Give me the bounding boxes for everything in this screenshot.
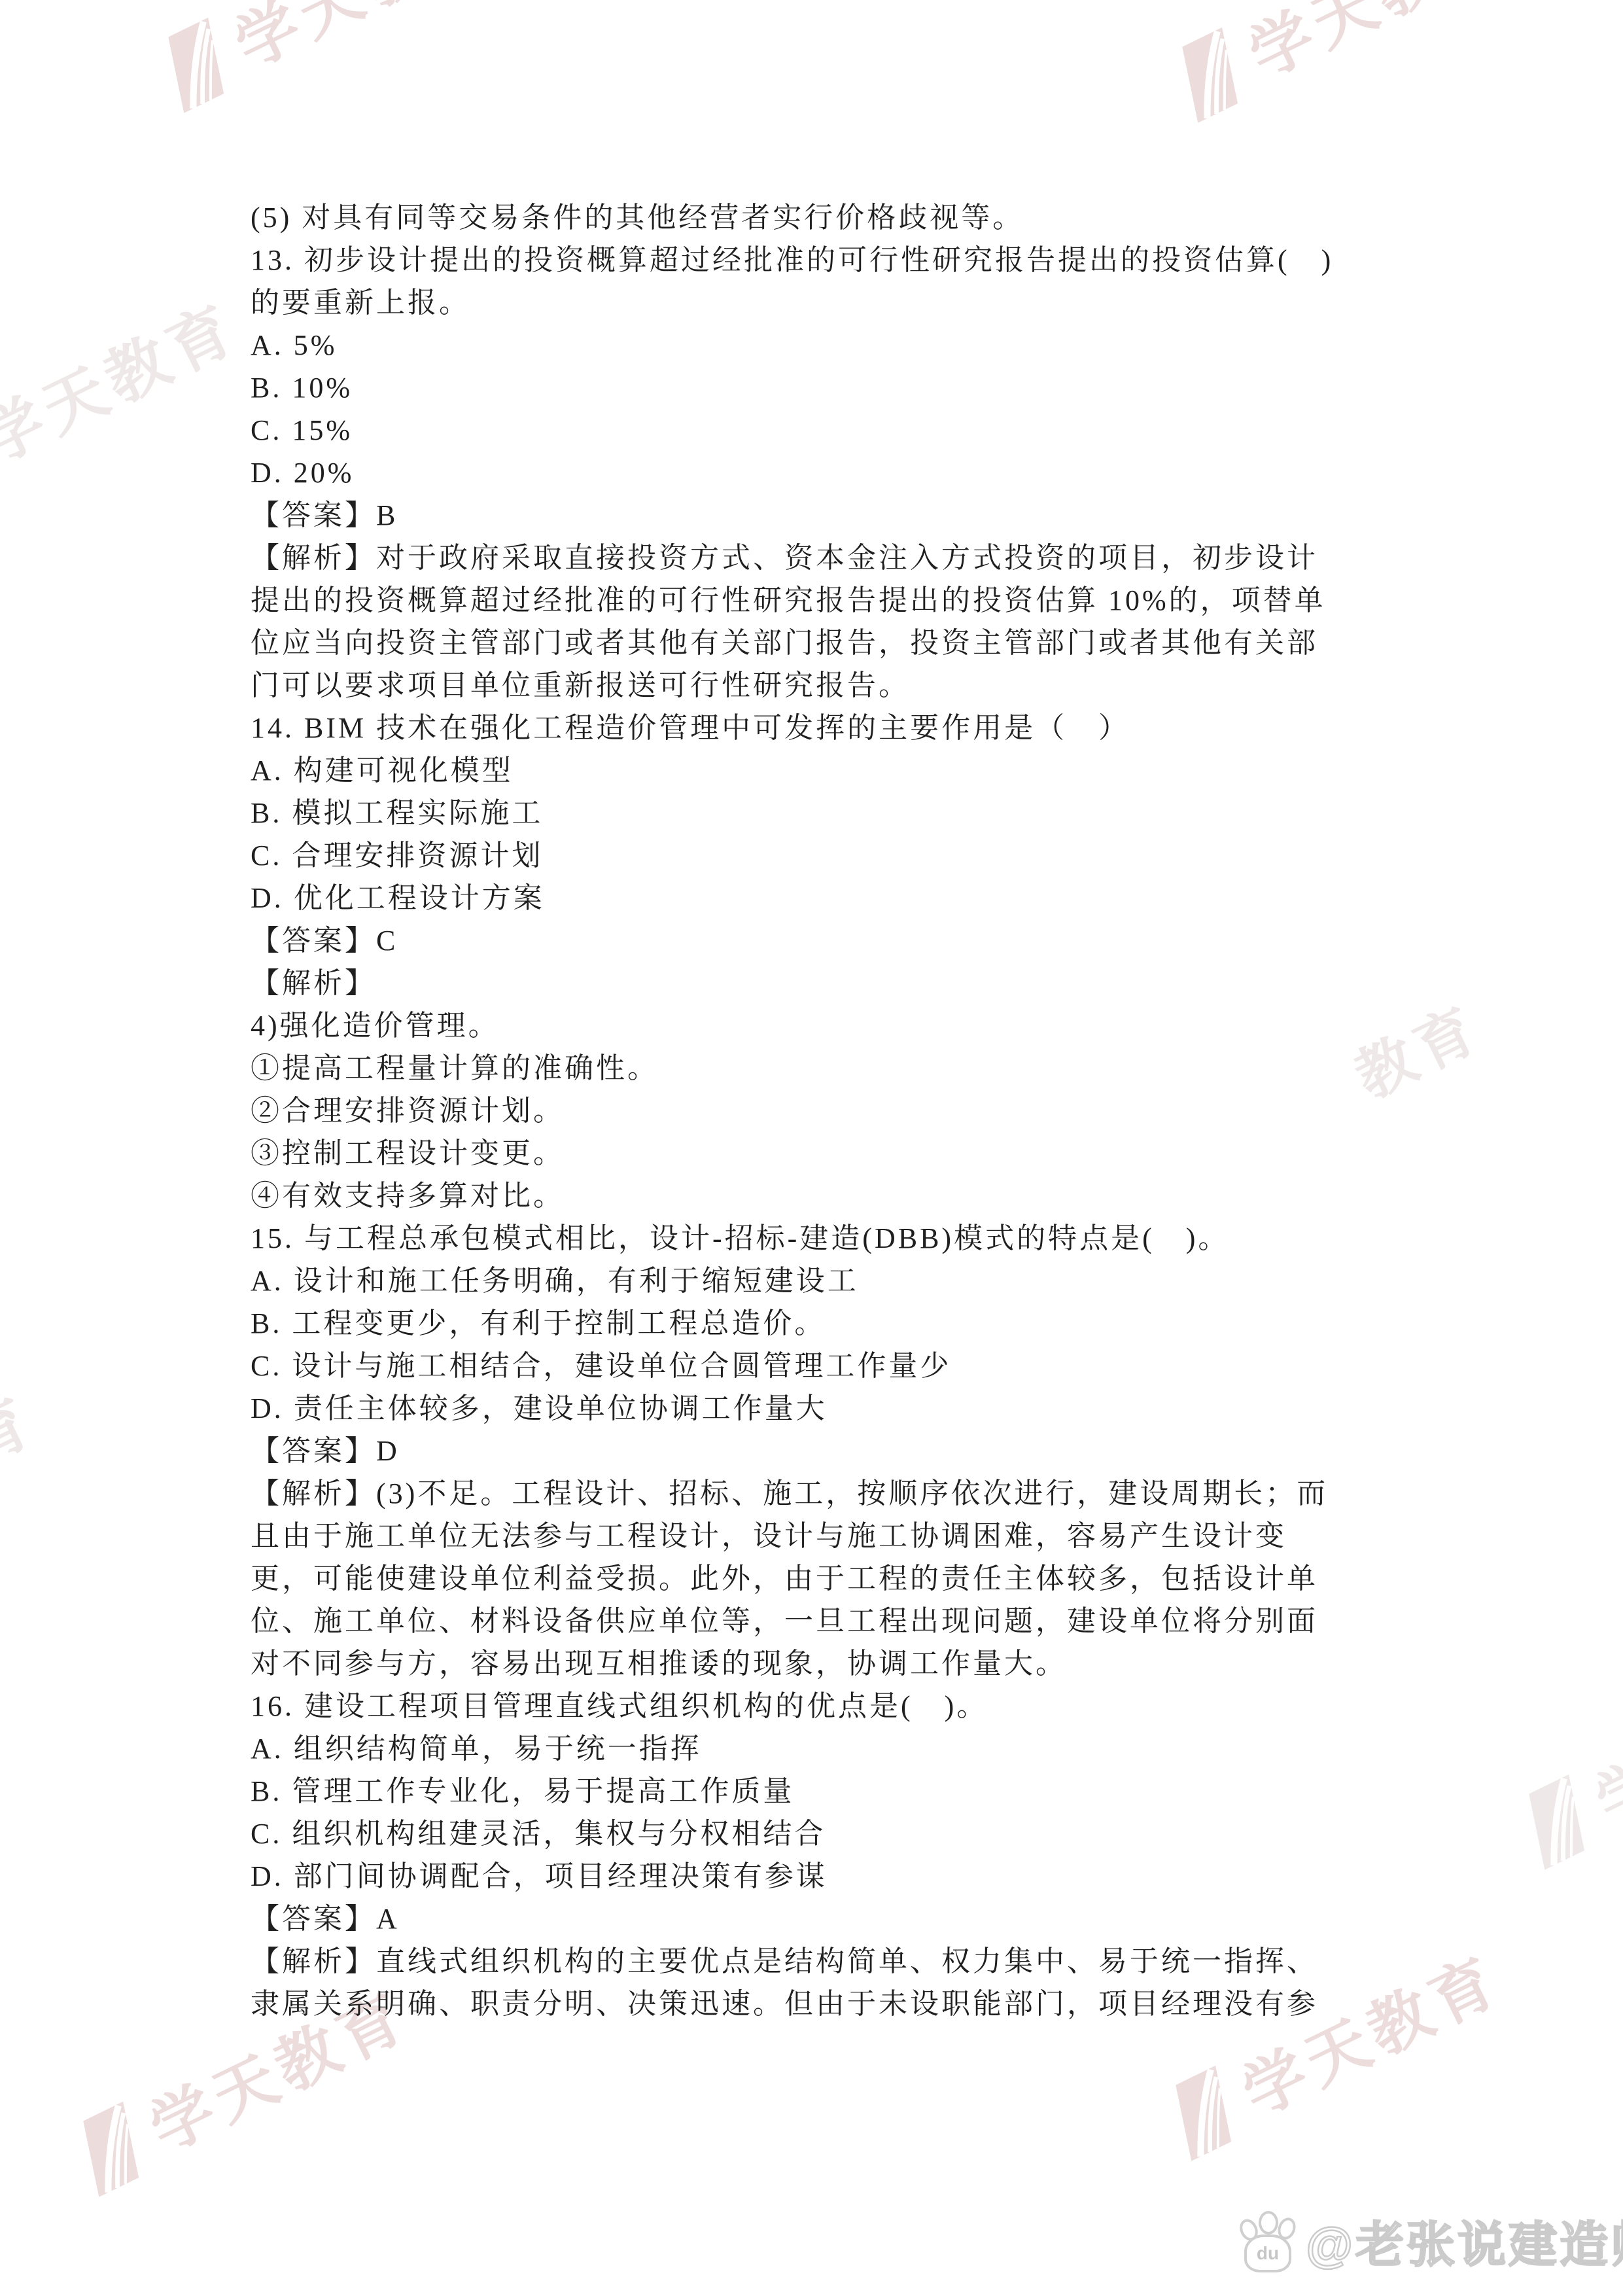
brand-swoosh-icon: [1153, 2061, 1253, 2166]
text-line: 的要重新上报。: [251, 281, 1412, 324]
text-line: 【答案】C: [251, 919, 1412, 962]
text-line: C. 合理安排资源计划: [251, 834, 1412, 877]
paw-label: du: [1257, 2244, 1279, 2263]
text-line: 【解析】对于政府采取直接投资方式、资本金注入方式投资的项目，初步设计: [251, 537, 1412, 579]
text-line: 位、施工单位、材料设备供应单位等，一旦工程出现问题，建设单位将分别面: [251, 1600, 1412, 1642]
text-line: 【答案】A: [251, 1898, 1412, 1940]
brand-swoosh-icon: [1160, 23, 1260, 128]
text-line: A. 构建可视化模型: [251, 749, 1412, 792]
brand-watermark: 学天教育: [1158, 0, 1520, 131]
author-watermark: du @老张说建造师: [1242, 2206, 1623, 2276]
text-line: 14. BIM 技术在强化工程造价管理中可发挥的主要作用是（ ）: [251, 707, 1412, 749]
text-line: 【解析】直线式组织机构的主要优点是结构简单、权力集中、易于统一指挥、: [251, 1940, 1412, 1983]
text-line: ②合理安排资源计划。: [251, 1089, 1412, 1132]
text-line: ③控制工程设计变更。: [251, 1132, 1412, 1174]
text-line: D. 责任主体较多，建设单位协调工作量大: [251, 1387, 1412, 1430]
exam-document-page: 学天教育 学天教育 学天教育 教育 学天教育 学天教育 学天教育: [0, 0, 1623, 2296]
brand-swoosh-icon: [61, 2097, 161, 2202]
text-line: 位应当向投资主管部门或者其他有关部门报告，投资主管部门或者其他有关部: [251, 622, 1412, 664]
brand-watermark-text: 学天教育: [218, 0, 506, 85]
text-line: ④有效支持多算对比。: [251, 1174, 1412, 1217]
text-line: (5) 对具有同等交易条件的其他经营者实行价格歧视等。: [251, 196, 1412, 239]
paw-pad: du: [1244, 2234, 1291, 2272]
text-line: D. 20%: [251, 451, 1412, 494]
text-line: 对不同参与方，容易出现互相推诿的现象，协调工作量大。: [251, 1642, 1412, 1685]
text-line: 4)强化造价管理。: [251, 1004, 1412, 1047]
text-line: A. 组织结构简单，易于统一指挥: [251, 1727, 1412, 1770]
brand-watermark: 学天教育: [144, 0, 506, 121]
text-line: 15. 与工程总承包模式相比，设计-招标-建造(DBB)模式的特点是( )。: [251, 1217, 1412, 1260]
text-line: D. 部门间协调配合，项目经理决策有参谋: [251, 1855, 1412, 1898]
text-line: C. 组织机构组建灵活，集权与分权相结合: [251, 1812, 1412, 1855]
text-line: 提出的投资概算超过经批准的可行性研究报告提出的投资估算 10%的，项替单: [251, 579, 1412, 622]
brand-watermark-text: 学天教育: [0, 279, 251, 481]
brand-watermark: 学天教育: [0, 279, 251, 517]
text-line: 13. 初步设计提出的投资概算超过经批准的可行性研究报告提出的投资估算( ): [251, 239, 1412, 281]
text-line: B. 10%: [251, 366, 1412, 409]
text-line: C. 设计与施工相结合，建设单位合圆管理工作量少: [251, 1345, 1412, 1387]
text-line: ①提高工程量计算的准确性。: [251, 1047, 1412, 1089]
text-line: 16. 建设工程项目管理直线式组织机构的优点是( )。: [251, 1685, 1412, 1727]
text-line: D. 优化工程设计方案: [251, 877, 1412, 919]
text-line: 【答案】D: [251, 1430, 1412, 1472]
brand-watermark: 学天教育: [0, 1371, 48, 1610]
text-line: 隶属关系明确、职责分明、决策迅速。但由于未设职能部门，项目经理没有参: [251, 1983, 1412, 2025]
text-line: 门可以要求项目单位重新报送可行性研究报告。: [251, 664, 1412, 707]
baidu-paw-icon: du: [1242, 2211, 1294, 2271]
text-line: 更，可能使建设单位利益受损。此外，由于工程的责任主体较多，包括设计单: [251, 1557, 1412, 1600]
brand-swoosh-icon: [146, 13, 246, 118]
paw-toe: [1259, 2211, 1278, 2234]
text-line: B. 管理工作专业化，易于提高工作质量: [251, 1770, 1412, 1812]
text-line: A. 设计和施工任务明确，有利于缩短建设工: [251, 1260, 1412, 1302]
text-line: 且由于施工单位无法参与工程设计，设计与施工协调困难，容易产生设计变: [251, 1515, 1412, 1557]
brand-watermark-text: 学天教育: [0, 1371, 48, 1574]
author-handle-text: @老张说建造师: [1306, 2206, 1623, 2276]
text-line: 【解析】: [251, 962, 1412, 1004]
text-line: 【解析】(3)不足。工程设计、招标、施工，按顺序依次进行，建设周期长；而: [251, 1472, 1412, 1515]
text-line: B. 工程变更少，有利于控制工程总造价。: [251, 1302, 1412, 1345]
text-line: 【答案】B: [251, 494, 1412, 537]
brand-swoosh-icon: [1507, 1770, 1607, 1875]
brand-watermark: 学天教育: [1505, 1640, 1623, 1878]
brand-watermark-text: 学天教育: [1579, 1640, 1623, 1842]
text-line: A. 5%: [251, 324, 1412, 366]
document-body: (5) 对具有同等交易条件的其他经营者实行价格歧视等。13. 初步设计提出的投资…: [251, 196, 1412, 2025]
brand-watermark-text: 学天教育: [1232, 0, 1520, 95]
text-line: B. 模拟工程实际施工: [251, 792, 1412, 834]
text-line: C. 15%: [251, 409, 1412, 451]
